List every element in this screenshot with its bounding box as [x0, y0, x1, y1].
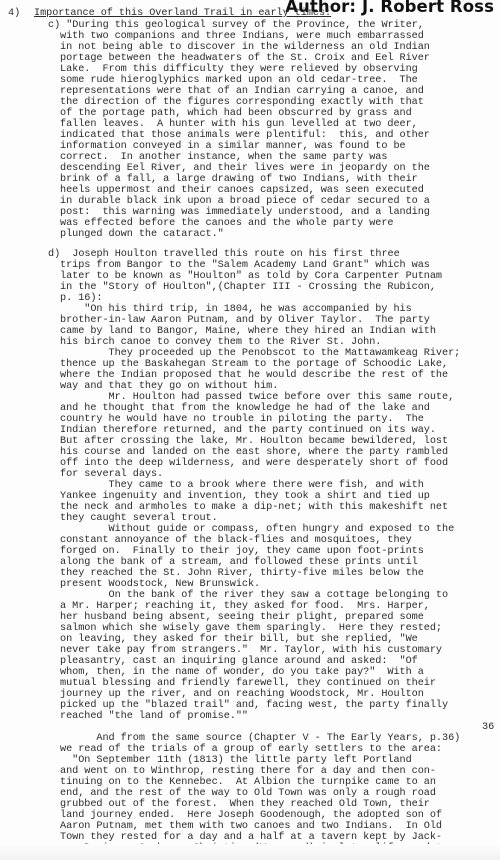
- text-line: descending Eel River, and their lives we…: [60, 163, 430, 174]
- text-line: her husband being absent, seeing their p…: [60, 612, 424, 623]
- text-line: trips from Bangor to the "Salem Academy …: [60, 260, 430, 271]
- text-line: journey up the river, and on reaching Wo…: [60, 689, 424, 700]
- text-line: was effected before the canoes and the w…: [60, 218, 394, 229]
- text-line: his birch canoe to convey them to the Ri…: [60, 337, 381, 348]
- text-line: Town they rested for a day and a half at…: [60, 832, 442, 843]
- text-line: They came to a brook where there were fi…: [60, 480, 424, 491]
- text-line: on leaving, they asked for their bill, b…: [60, 634, 418, 645]
- page-number: 36: [482, 722, 494, 733]
- text-line: in the "Story of Houlton",(Chapter III -…: [60, 282, 436, 293]
- text-line: correct. In another instance, when the s…: [60, 152, 387, 163]
- text-line: came by land to Bangor, Maine, where the…: [60, 326, 436, 337]
- text-line: for several days.: [60, 469, 163, 480]
- text-line: plunged down the cataract.": [60, 229, 224, 240]
- text-line: And from the same source (Chapter V - Th…: [60, 733, 460, 744]
- text-line: brother-in-law Aaron Putnam, and by Oliv…: [60, 315, 430, 326]
- text-line: pleasantry, cast an inquiring glance aro…: [60, 656, 418, 667]
- text-line: portage between the headwaters of the St…: [60, 53, 430, 64]
- text-line: Mr. Houlton had passed twice before over…: [60, 392, 454, 403]
- section-title: Importance of this Overland Trail in ear…: [34, 8, 331, 19]
- text-line: tinuing on to the Kennebec. At Albion th…: [60, 777, 436, 788]
- text-line: never take pay from strangers." Mr. Tayl…: [60, 645, 442, 656]
- text-line: picked up the "blazed trail" and, facing…: [60, 700, 448, 711]
- text-line: But after crossing the lake, Mr. Houlton…: [60, 436, 448, 447]
- text-line: mutual blessing and friendly farewell, t…: [60, 678, 436, 689]
- text-line: in durable black ink upon a broad piece …: [60, 196, 430, 207]
- text-line: c) "During this geological survey of the…: [48, 20, 424, 31]
- text-line: and went on to Winthrop, resting there f…: [60, 766, 436, 777]
- text-line: present Woodstock, New Brunswick.: [60, 579, 260, 590]
- text-line: they caught several trout.: [60, 513, 218, 524]
- text-line: Lake. From this difficulty they were rel…: [60, 64, 418, 75]
- text-line: fallen leaves. A hunter with his gun lev…: [60, 119, 418, 130]
- text-line: Indian therefore returned, and the party…: [60, 425, 436, 436]
- text-line: d) Joseph Houlton travelled this route o…: [48, 249, 400, 260]
- text-line: They proceeded up the Penobscot to the M…: [60, 348, 460, 359]
- text-line: they reached the St. John River, thirty-…: [60, 568, 424, 579]
- text-line: with two companions and three Indians, w…: [60, 31, 424, 42]
- text-line: brink of a fall, a large drawing of two …: [60, 174, 418, 185]
- text-line: Aaron Putnam, met them with two canoes a…: [60, 821, 442, 832]
- text-line: reached "the land of promise."": [60, 711, 248, 722]
- scan-edge: [0, 844, 500, 860]
- text-line: some rude hieroglyphics marked upon an o…: [60, 75, 418, 86]
- text-line: "On September 11th (1813) the little par…: [60, 755, 412, 766]
- text-line: heels uppermost and their canoes capsize…: [60, 185, 424, 196]
- text-line: representations were that of an Indian c…: [60, 86, 424, 97]
- text-line: the neck and armholes to make a dip-net;…: [60, 502, 448, 513]
- text-line: we read of the trials of a group of earl…: [60, 744, 442, 755]
- text-line: his course and landed on the east shore,…: [60, 447, 448, 458]
- text-line: On the bank of the river they saw a cott…: [60, 590, 448, 601]
- text-line: Without guide or compass, often hungry a…: [60, 524, 454, 535]
- text-line: the direction of the figures correspondi…: [60, 97, 424, 108]
- text-line: later to be known as "Houlton" as told b…: [60, 271, 442, 282]
- text-line: in not being able to discover in the wil…: [60, 42, 430, 53]
- text-line: "On his third trip, in 1804, he was acco…: [60, 304, 412, 315]
- text-line: a Mr. Harper; reaching it, they asked fo…: [60, 601, 430, 612]
- text-line: Yankee ingenuity and invention, they too…: [60, 491, 430, 502]
- document-page: Author: J. Robert Ross 4) Importance of …: [0, 0, 500, 860]
- text-line: p. 16):: [60, 293, 102, 304]
- section-number: 4): [8, 8, 20, 19]
- text-line: way and that they go on without him.: [60, 381, 278, 392]
- text-line: country he would have no trouble in pilo…: [60, 414, 424, 425]
- text-line: where the Indian proposed that he would …: [60, 370, 448, 381]
- text-line: indicated that those animals were plenti…: [60, 130, 430, 141]
- text-line: off into the deep wilderness, and were d…: [60, 458, 448, 469]
- text-line: salmon which she wisely gave them sparin…: [60, 623, 442, 634]
- text-line: constant annoyance of the black-flies an…: [60, 535, 412, 546]
- text-line: end, and the rest of the way to Old Town…: [60, 788, 436, 799]
- text-line: grubbed out of the forest. When they rea…: [60, 799, 430, 810]
- text-line: thence up the Baskahegan Stream to the p…: [60, 359, 448, 370]
- text-line: post: this warning was immediately under…: [60, 207, 430, 218]
- text-line: information conveyed in a similar manner…: [60, 141, 406, 152]
- text-line: whom, then, in the name of wonder, do yo…: [60, 667, 424, 678]
- text-line: of the portage path, which had been obsc…: [60, 108, 412, 119]
- text-line: and he thought that from the knowledge h…: [60, 403, 430, 414]
- text-line: along the bank of a stream, and followed…: [60, 557, 418, 568]
- text-line: land journey ended. Here Joseph Goodenou…: [60, 810, 442, 821]
- text-line: forged on. Finally to their joy, they ca…: [60, 546, 424, 557]
